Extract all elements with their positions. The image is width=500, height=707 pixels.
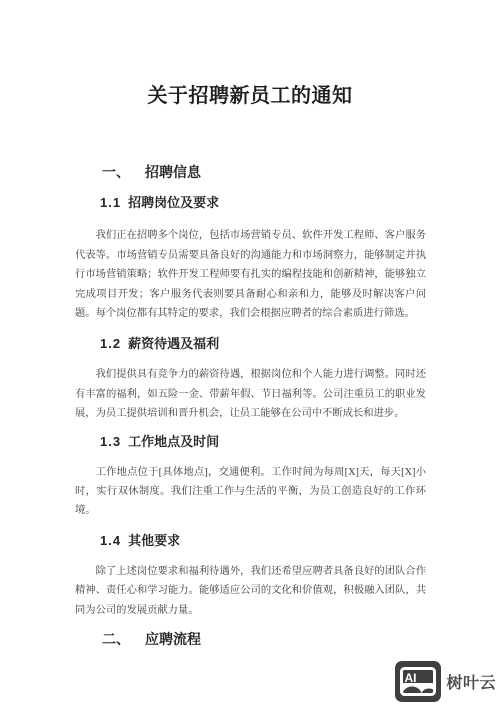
paragraph-work-location-time: 工作地点位于[具体地点]，交通便利。工作时间为每周[X]天，每天[X]小时，实行…	[75, 463, 426, 521]
subsection-heading-1-3: 1.3工作地点及时间	[75, 433, 426, 451]
subsection-title: 工作地点及时间	[128, 434, 219, 449]
svg-text:AI: AI	[405, 671, 417, 685]
paragraph-salary-benefits: 我们提供具有竞争力的薪资待遇，根据岗位和个人能力进行调整。同时还有丰富的福利，如…	[75, 365, 426, 423]
watermark: AI 树叶云	[395, 661, 496, 702]
ai-image-icon: AI	[395, 661, 441, 702]
section-heading-2: 二、应聘流程	[75, 630, 426, 648]
subsection-title: 其他要求	[128, 533, 180, 548]
subsection-heading-1-4: 1.4其他要求	[75, 532, 426, 550]
document-page: 关于招聘新员工的通知 一、招聘信息 1.1招聘岗位及要求 我们正在招聘多个岗位，…	[0, 0, 500, 707]
section-number: 二、	[102, 631, 130, 647]
paragraph-recruit-positions: 我们正在招聘多个岗位，包括市场营销专员、软件开发工程师、客户服务代表等。市场营销…	[75, 226, 426, 323]
section-title: 应聘流程	[145, 631, 201, 647]
brand-name: 树叶云	[446, 670, 496, 693]
subsection-title: 薪资待遇及福利	[128, 336, 219, 351]
subsection-heading-1-2: 1.2薪资待遇及福利	[75, 335, 426, 353]
subsection-number: 1.3	[100, 434, 121, 449]
subsection-number: 1.4	[100, 533, 121, 548]
subsection-title: 招聘岗位及要求	[128, 195, 219, 210]
paragraph-other-requirements: 除了上述岗位要求和福利待遇外，我们还希望应聘者具备良好的团队合作精神、责任心和学…	[75, 562, 426, 620]
document-body: 一、招聘信息 1.1招聘岗位及要求 我们正在招聘多个岗位，包括市场营销专员、软件…	[0, 163, 500, 648]
subsection-number: 1.2	[100, 336, 121, 351]
page-title: 关于招聘新员工的通知	[0, 13, 500, 111]
section-number: 一、	[102, 164, 130, 180]
subsection-heading-1-1: 1.1招聘岗位及要求	[75, 194, 426, 212]
subsection-number: 1.1	[100, 195, 121, 210]
section-title: 招聘信息	[145, 164, 201, 180]
section-heading-1: 一、招聘信息	[75, 163, 426, 181]
